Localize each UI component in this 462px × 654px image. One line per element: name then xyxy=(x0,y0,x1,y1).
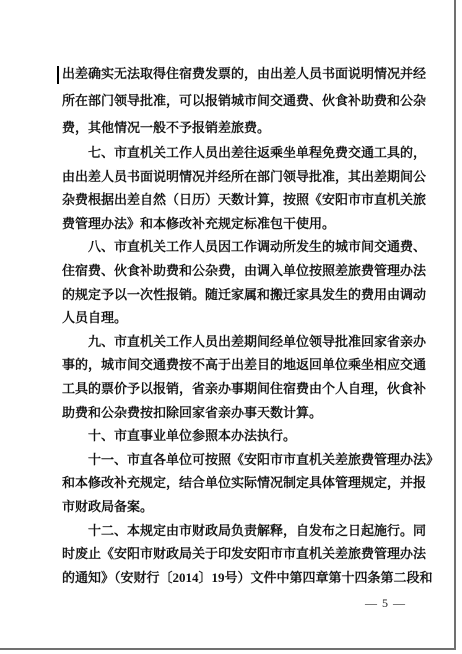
paragraph-list: 出差确实无法取得住宿费发票的，由出差人员书面说明情况并经 所在部门领导批准，可以… xyxy=(62,60,440,589)
paragraph: 十、市直事业单位参照本办法执行。 xyxy=(62,424,440,448)
paragraph: 七、市直机关工作人员出差往返乘坐单程免费交通工具的， 由出差人员书面说明情况并经… xyxy=(62,141,440,235)
text-caret xyxy=(57,66,59,84)
document-page: 出差确实无法取得住宿费发票的，由出差人员书面说明情况并经 所在部门领导批准，可以… xyxy=(0,0,462,654)
paragraph: 十一、市直各单位可按照《安阳市市直机关差旅费管理办法》 和本修改补充规定，结合单… xyxy=(62,448,440,519)
page-number: — 5 — xyxy=(0,596,406,611)
document-text-area[interactable]: 出差确实无法取得住宿费发票的，由出差人员书面说明情况并经 所在部门领导批准，可以… xyxy=(62,60,440,589)
page-edge-bottom xyxy=(0,648,456,650)
paragraph: 八、市直机关工作人员因工作调动所发生的城市间交通费、 住宿费、伙食补助费和公杂费… xyxy=(62,235,440,329)
paragraph: 出差确实无法取得住宿费发票的，由出差人员书面说明情况并经 所在部门领导批准，可以… xyxy=(62,60,440,141)
paragraph: 十二、本规定由市财政局负责解释，自发布之日起施行。同 时废止《安阳市财政局关于印… xyxy=(62,519,440,590)
paragraph: 九、市直机关工作人员出差期间经单位领导批准回家省亲办 事的，城市间交通费按不高于… xyxy=(62,330,440,424)
page-edge-right xyxy=(454,0,456,650)
